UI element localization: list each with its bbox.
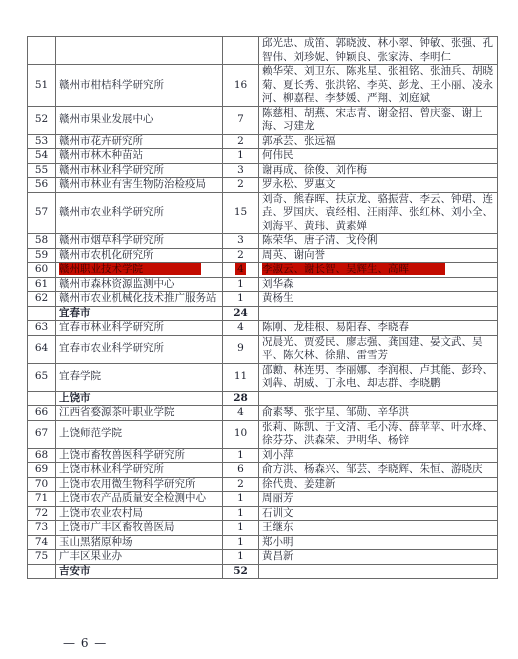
row-number: 61 bbox=[28, 277, 56, 292]
row-number: 51 bbox=[28, 65, 56, 107]
staff-count: 1 bbox=[223, 277, 259, 292]
table-row: 65宜春学院11邵勷、林连男、李丽娜、李润根、卢其能、彭玲、刘犇、胡威、丁永电、… bbox=[28, 363, 498, 391]
staff-count: 1 bbox=[223, 448, 259, 463]
highlight-mark: 赣州职业技术学院 bbox=[59, 263, 201, 275]
staff-names bbox=[259, 391, 498, 406]
org-name: 宜春学院 bbox=[56, 363, 223, 391]
staff-count: 1 bbox=[223, 550, 259, 565]
staff-names: 何伟民 bbox=[259, 149, 498, 164]
staff-names: 刘小萍 bbox=[259, 448, 498, 463]
staff-count: 52 bbox=[223, 564, 259, 579]
table-row: 70上饶市农用微生物科学研究所2徐代贵、姜建新 bbox=[28, 477, 498, 492]
staff-names: 陈慈相、胡燕、宋志青、谢金招、曾庆銮、谢上海、习建龙 bbox=[259, 106, 498, 134]
staff-names: 黄昌新 bbox=[259, 550, 498, 565]
staff-count: 9 bbox=[223, 335, 259, 363]
row-number bbox=[28, 564, 56, 579]
staff-count: 4 bbox=[223, 321, 259, 336]
staff-names: 俞方洪、杨森兴、邹芸、李晓辉、朱恒、游晓庆 bbox=[259, 463, 498, 478]
table-row: 58赣州市烟草科学研究所3陈荣华、唐子清、戈伶俐 bbox=[28, 234, 498, 249]
org-name: 赣州市林业有害生物防治检疫局 bbox=[56, 178, 223, 193]
table-row: 61赣州市森林资源监测中心1刘华森 bbox=[28, 277, 498, 292]
row-number: 59 bbox=[28, 248, 56, 263]
table-row: 60赣州职业技术学院4李淑云、谢长智、吴辉生、高晖 bbox=[28, 263, 498, 278]
org-name: 赣州市农业科学研究所 bbox=[56, 192, 223, 234]
row-number: 69 bbox=[28, 463, 56, 478]
row-number bbox=[28, 306, 56, 321]
table-row: 68上饶市畜牧兽医科学研究所1刘小萍 bbox=[28, 448, 498, 463]
org-name: 宜春市林业科学研究所 bbox=[56, 321, 223, 336]
staff-names: 郑小明 bbox=[259, 535, 498, 550]
row-number: 73 bbox=[28, 521, 56, 536]
row-number: 52 bbox=[28, 106, 56, 134]
row-number: 71 bbox=[28, 492, 56, 507]
staff-names: 罗永松、罗惠文 bbox=[259, 178, 498, 193]
org-name: 赣州市花卉研究所 bbox=[56, 134, 223, 149]
staff-names: 张莉、陈凯、于文清、毛小涛、薛苹苹、叶水烽、徐芬芬、洪森荣、尹明华、杨锌 bbox=[259, 420, 498, 448]
staff-count: 11 bbox=[223, 363, 259, 391]
row-number: 70 bbox=[28, 477, 56, 492]
staff-count: 3 bbox=[223, 163, 259, 178]
row-number bbox=[28, 391, 56, 406]
row-number: 75 bbox=[28, 550, 56, 565]
staff-names: 邱光忠、成笛、郭晓波、林小翠、钟敏、张强、孔智伟、刘珍妮、钟颖良、张家涛、李明仁 bbox=[259, 37, 498, 65]
staff-count: 2 bbox=[223, 134, 259, 149]
staff-names: 陈荣华、唐子清、戈伶俐 bbox=[259, 234, 498, 249]
staff-count: 15 bbox=[223, 192, 259, 234]
org-name: 江西省婺源茶叶职业学院 bbox=[56, 406, 223, 421]
staff-names: 况晨光、贾爱民、廖志强、龚国建、晏文武、吴平、陈欠林、徐鼎、雷雪芳 bbox=[259, 335, 498, 363]
org-name: 赣州市农业机械化技术推广服务站 bbox=[56, 292, 223, 307]
row-number: 65 bbox=[28, 363, 56, 391]
row-number: 54 bbox=[28, 149, 56, 164]
staff-count: 10 bbox=[223, 420, 259, 448]
org-name: 上饶市农用微生物科学研究所 bbox=[56, 477, 223, 492]
staff-names: 郭承芸、张远福 bbox=[259, 134, 498, 149]
row-number: 60 bbox=[28, 263, 56, 278]
staff-names: 陈刚、龙桂根、易阳春、李晓春 bbox=[259, 321, 498, 336]
table-row: 74玉山黑猪原种场1郑小明 bbox=[28, 535, 498, 550]
highlight-mark: 李淑云、谢长智、吴辉生、高晖 bbox=[262, 263, 445, 275]
staff-names: 石训文 bbox=[259, 506, 498, 521]
table-row: 73上饶市广丰区畜牧兽医局1王继东 bbox=[28, 521, 498, 536]
table-row: 57赣州市农业科学研究所15刘奇、熊春晖、扶京龙、骆振营、李云、钟珺、连垚、罗国… bbox=[28, 192, 498, 234]
table-row: 63宜春市林业科学研究所4陈刚、龙桂根、易阳春、李晓春 bbox=[28, 321, 498, 336]
staff-count: 24 bbox=[223, 306, 259, 321]
row-number bbox=[28, 37, 56, 65]
staff-names bbox=[259, 306, 498, 321]
org-name: 上饶市农产品质量安全检测中心 bbox=[56, 492, 223, 507]
table-row: 64宜春市农业科学研究所9况晨光、贾爱民、廖志强、龚国建、晏文武、吴平、陈欠林、… bbox=[28, 335, 498, 363]
org-name: 广丰区果业办 bbox=[56, 550, 223, 565]
staff-count: 6 bbox=[223, 463, 259, 478]
org-name: 上饶市广丰区畜牧兽医局 bbox=[56, 521, 223, 536]
section-row: 上饶市28 bbox=[28, 391, 498, 406]
row-number: 53 bbox=[28, 134, 56, 149]
table-row: 51赣州市柑桔科学研究所16赖华荣、刘卫东、陈兆星、张祖铭、张油兵、胡晓菊、夏长… bbox=[28, 65, 498, 107]
document-page: 邱光忠、成笛、郭晓波、林小翠、钟敏、张强、孔智伟、刘珍妮、钟颖良、张家涛、李明仁… bbox=[0, 0, 518, 659]
staff-count: 7 bbox=[223, 106, 259, 134]
table-row: 62赣州市农业机械化技术推广服务站1黄杨生 bbox=[28, 292, 498, 307]
table-row: 69上饶市林业科学研究所6俞方洪、杨森兴、邹芸、李晓辉、朱恒、游晓庆 bbox=[28, 463, 498, 478]
staff-table-body: 邱光忠、成笛、郭晓波、林小翠、钟敏、张强、孔智伟、刘珍妮、钟颖良、张家涛、李明仁… bbox=[28, 37, 498, 579]
staff-count: 2 bbox=[223, 477, 259, 492]
staff-count: 1 bbox=[223, 506, 259, 521]
org-name: 吉安市 bbox=[56, 564, 223, 579]
section-row: 宜春市24 bbox=[28, 306, 498, 321]
staff-count: 3 bbox=[223, 234, 259, 249]
staff-names: 周英、谢向誉 bbox=[259, 248, 498, 263]
staff-names: 黄杨生 bbox=[259, 292, 498, 307]
staff-count: 4 bbox=[223, 406, 259, 421]
staff-names: 李淑云、谢长智、吴辉生、高晖 bbox=[259, 263, 498, 278]
staff-count: 1 bbox=[223, 292, 259, 307]
table-row: 66江西省婺源茶叶职业学院4俞素琴、张宇星、邹勋、辛华洪 bbox=[28, 406, 498, 421]
table-row: 75广丰区果业办1黄昌新 bbox=[28, 550, 498, 565]
row-number: 58 bbox=[28, 234, 56, 249]
row-number: 74 bbox=[28, 535, 56, 550]
staff-count: 2 bbox=[223, 178, 259, 193]
org-name: 上饶市 bbox=[56, 391, 223, 406]
row-number: 67 bbox=[28, 420, 56, 448]
staff-names: 俞素琴、张宇星、邹勋、辛华洪 bbox=[259, 406, 498, 421]
page-number: — 6 — bbox=[63, 636, 107, 650]
row-number: 72 bbox=[28, 506, 56, 521]
staff-names: 刘奇、熊春晖、扶京龙、骆振营、李云、钟珺、连垚、罗国庆、袁经相、汪雨萍、张红林、… bbox=[259, 192, 498, 234]
row-number: 66 bbox=[28, 406, 56, 421]
staff-count: 1 bbox=[223, 492, 259, 507]
table-row: 67上饶师范学院10张莉、陈凯、于文清、毛小涛、薛苹苹、叶水烽、徐芬芬、洪森荣、… bbox=[28, 420, 498, 448]
staff-count: 1 bbox=[223, 149, 259, 164]
staff-roster-table: 邱光忠、成笛、郭晓波、林小翠、钟敏、张强、孔智伟、刘珍妮、钟颖良、张家涛、李明仁… bbox=[27, 36, 498, 579]
org-name: 玉山黑猪原种场 bbox=[56, 535, 223, 550]
table-row: 56赣州市林业有害生物防治检疫局2罗永松、罗惠文 bbox=[28, 178, 498, 193]
org-name: 赣州市林木种苗站 bbox=[56, 149, 223, 164]
staff-count: 2 bbox=[223, 248, 259, 263]
org-name: 赣州职业技术学院 bbox=[56, 263, 223, 278]
org-name: 赣州市果业发展中心 bbox=[56, 106, 223, 134]
staff-names: 刘华森 bbox=[259, 277, 498, 292]
staff-names: 徐代贵、姜建新 bbox=[259, 477, 498, 492]
staff-names: 赖华荣、刘卫东、陈兆星、张祖铭、张油兵、胡晓菊、夏长秀、张洪铭、李英、彭龙、王小… bbox=[259, 65, 498, 107]
staff-count: 4 bbox=[223, 263, 259, 278]
org-name bbox=[56, 37, 223, 65]
org-name: 赣州市林业科学研究所 bbox=[56, 163, 223, 178]
org-name: 宜春市 bbox=[56, 306, 223, 321]
row-number: 63 bbox=[28, 321, 56, 336]
table-row: 72上饶市农业农村局1石训文 bbox=[28, 506, 498, 521]
staff-names: 王继东 bbox=[259, 521, 498, 536]
org-name: 上饶市林业科学研究所 bbox=[56, 463, 223, 478]
org-name: 赣州市农机化研究所 bbox=[56, 248, 223, 263]
org-name: 赣州市烟草科学研究所 bbox=[56, 234, 223, 249]
table-row: 54赣州市林木种苗站1何伟民 bbox=[28, 149, 498, 164]
table-row: 59赣州市农机化研究所2周英、谢向誉 bbox=[28, 248, 498, 263]
staff-names: 周丽芳 bbox=[259, 492, 498, 507]
org-name: 上饶市畜牧兽医科学研究所 bbox=[56, 448, 223, 463]
row-number: 57 bbox=[28, 192, 56, 234]
row-number: 56 bbox=[28, 178, 56, 193]
org-name: 赣州市柑桔科学研究所 bbox=[56, 65, 223, 107]
row-number: 55 bbox=[28, 163, 56, 178]
org-name: 赣州市森林资源监测中心 bbox=[56, 277, 223, 292]
org-name: 上饶市农业农村局 bbox=[56, 506, 223, 521]
table-row: 邱光忠、成笛、郭晓波、林小翠、钟敏、张强、孔智伟、刘珍妮、钟颖良、张家涛、李明仁 bbox=[28, 37, 498, 65]
staff-count: 16 bbox=[223, 65, 259, 107]
table-row: 71上饶市农产品质量安全检测中心1周丽芳 bbox=[28, 492, 498, 507]
staff-count: 28 bbox=[223, 391, 259, 406]
table-row: 55赣州市林业科学研究所3谢再成、徐俊、刘作梅 bbox=[28, 163, 498, 178]
org-name: 上饶师范学院 bbox=[56, 420, 223, 448]
section-row: 吉安市52 bbox=[28, 564, 498, 579]
highlight-mark: 4 bbox=[235, 263, 246, 275]
row-number: 68 bbox=[28, 448, 56, 463]
table-row: 53赣州市花卉研究所2郭承芸、张远福 bbox=[28, 134, 498, 149]
staff-names: 邵勷、林连男、李丽娜、李润根、卢其能、彭玲、刘犇、胡威、丁永电、却志群、李晓鹏 bbox=[259, 363, 498, 391]
staff-count bbox=[223, 37, 259, 65]
staff-count: 1 bbox=[223, 521, 259, 536]
row-number: 64 bbox=[28, 335, 56, 363]
row-number: 62 bbox=[28, 292, 56, 307]
staff-names bbox=[259, 564, 498, 579]
org-name: 宜春市农业科学研究所 bbox=[56, 335, 223, 363]
table-row: 52赣州市果业发展中心7陈慈相、胡燕、宋志青、谢金招、曾庆銮、谢上海、习建龙 bbox=[28, 106, 498, 134]
staff-count: 1 bbox=[223, 535, 259, 550]
staff-names: 谢再成、徐俊、刘作梅 bbox=[259, 163, 498, 178]
